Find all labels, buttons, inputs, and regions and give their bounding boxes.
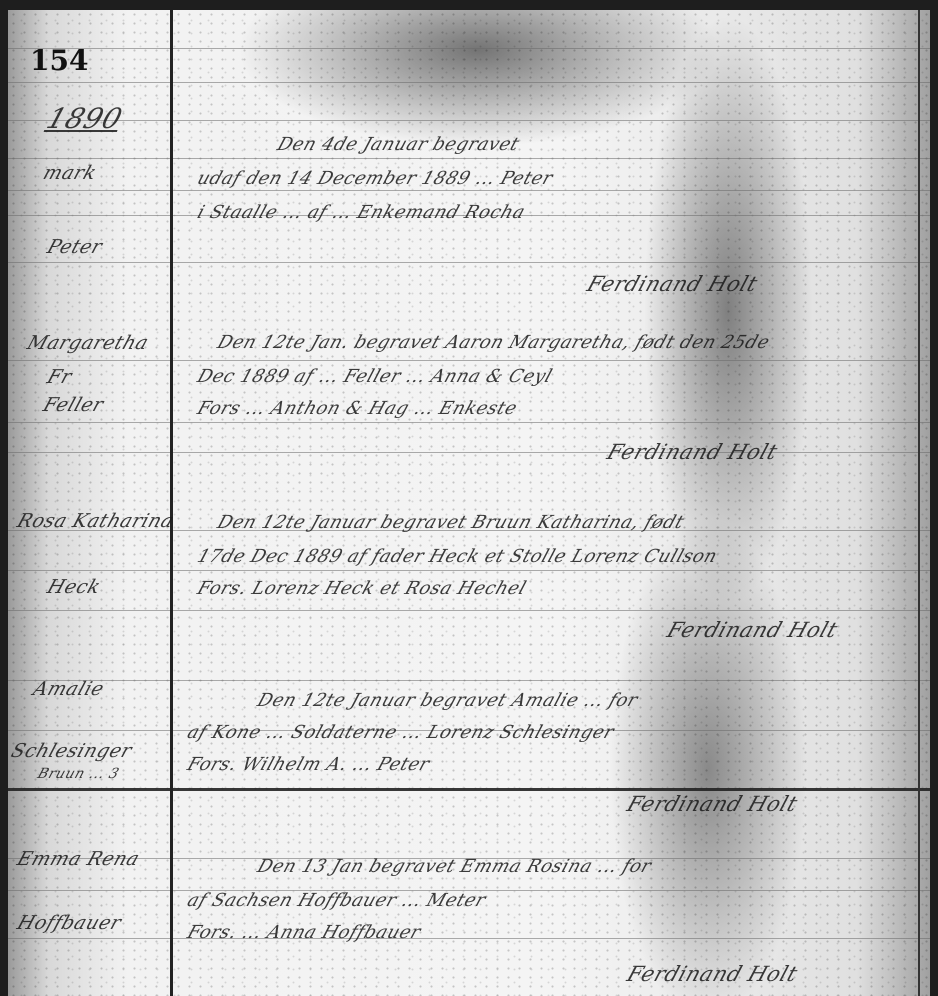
- margin-name: Rosa Katharina: [14, 510, 176, 532]
- right-margin-line: [918, 10, 920, 996]
- margin-name: Margaretha: [24, 332, 151, 354]
- signature: Ferdinand Holt: [584, 272, 761, 296]
- page-number: 154: [30, 44, 88, 77]
- entry-line: Den 4de Januar begravet: [275, 134, 522, 155]
- ruled-line: [8, 570, 930, 571]
- ruled-line: [8, 938, 930, 939]
- entry-line: i Staalle ... af ... Enkemand Rocha: [195, 202, 528, 223]
- signature: Ferdinand Holt: [604, 440, 781, 464]
- entry-line: Fors. Wilhelm A. ... Peter: [185, 754, 433, 775]
- margin-note: Bruun ... 3: [35, 766, 121, 782]
- margin-name: Peter: [44, 236, 105, 258]
- register-page: 154 1890 mark Peter Den 4de Januar begra…: [8, 10, 930, 996]
- ruled-line: [8, 262, 930, 263]
- entry-line: Den 12te Januar begravet Amalie ... for: [255, 690, 641, 711]
- entry-line: af Kone ... Soldaterne ... Lorenz Schles…: [185, 722, 617, 743]
- ruled-line: [8, 422, 930, 423]
- ruled-line: [8, 190, 930, 191]
- signature: Ferdinand Holt: [664, 618, 841, 642]
- year-heading: 1890: [43, 102, 127, 135]
- margin-column-line: [170, 10, 173, 996]
- ruled-line: [8, 360, 930, 361]
- ruled-line: [8, 48, 930, 49]
- margin-surname: Feller: [40, 394, 106, 416]
- ruled-line: [8, 610, 930, 611]
- ruled-line: [8, 158, 930, 159]
- entry-line: Den 13 Jan begravet Emma Rosina ... for: [255, 856, 655, 877]
- entry-line: Fors. Lorenz Heck et Rosa Hechel: [195, 578, 529, 599]
- entry-line: Fors. ... Anna Hoffbauer: [185, 922, 424, 943]
- entry-line: 17de Dec 1889 af fader Heck et Stolle Lo…: [195, 546, 720, 567]
- margin-surname: Heck: [44, 576, 103, 598]
- entry-line: Den 12te Januar begravet Bruun Katharina…: [215, 512, 687, 533]
- entry-line: af Sachsen Hoffbauer ... Meter: [185, 890, 489, 911]
- entry-line: Den 12te Jan. begravet Aaron Margaretha,…: [215, 332, 773, 353]
- entry-divider: [8, 788, 930, 791]
- entry-line: udaf den 14 December 1889 ... Peter: [195, 168, 556, 189]
- margin-note: mark: [40, 162, 99, 184]
- margin-name: Amalie: [30, 678, 107, 700]
- margin-name: Emma Rena: [14, 848, 142, 870]
- ruled-line: [8, 680, 930, 681]
- signature: Ferdinand Holt: [624, 962, 801, 986]
- ruled-line: [8, 120, 930, 121]
- signature: Ferdinand Holt: [624, 792, 801, 816]
- margin-surname: Schlesinger: [8, 740, 134, 762]
- ruled-line: [8, 82, 930, 83]
- ruled-line: [8, 452, 930, 453]
- margin-surname: Hoffbauer: [14, 912, 124, 934]
- entry-line: Fors ... Anthon & Hag ... Enkeste: [195, 398, 520, 419]
- entry-line: Dec 1889 af ... Feller ... Anna & Ceyl: [195, 366, 556, 387]
- margin-note: Fr: [44, 366, 74, 388]
